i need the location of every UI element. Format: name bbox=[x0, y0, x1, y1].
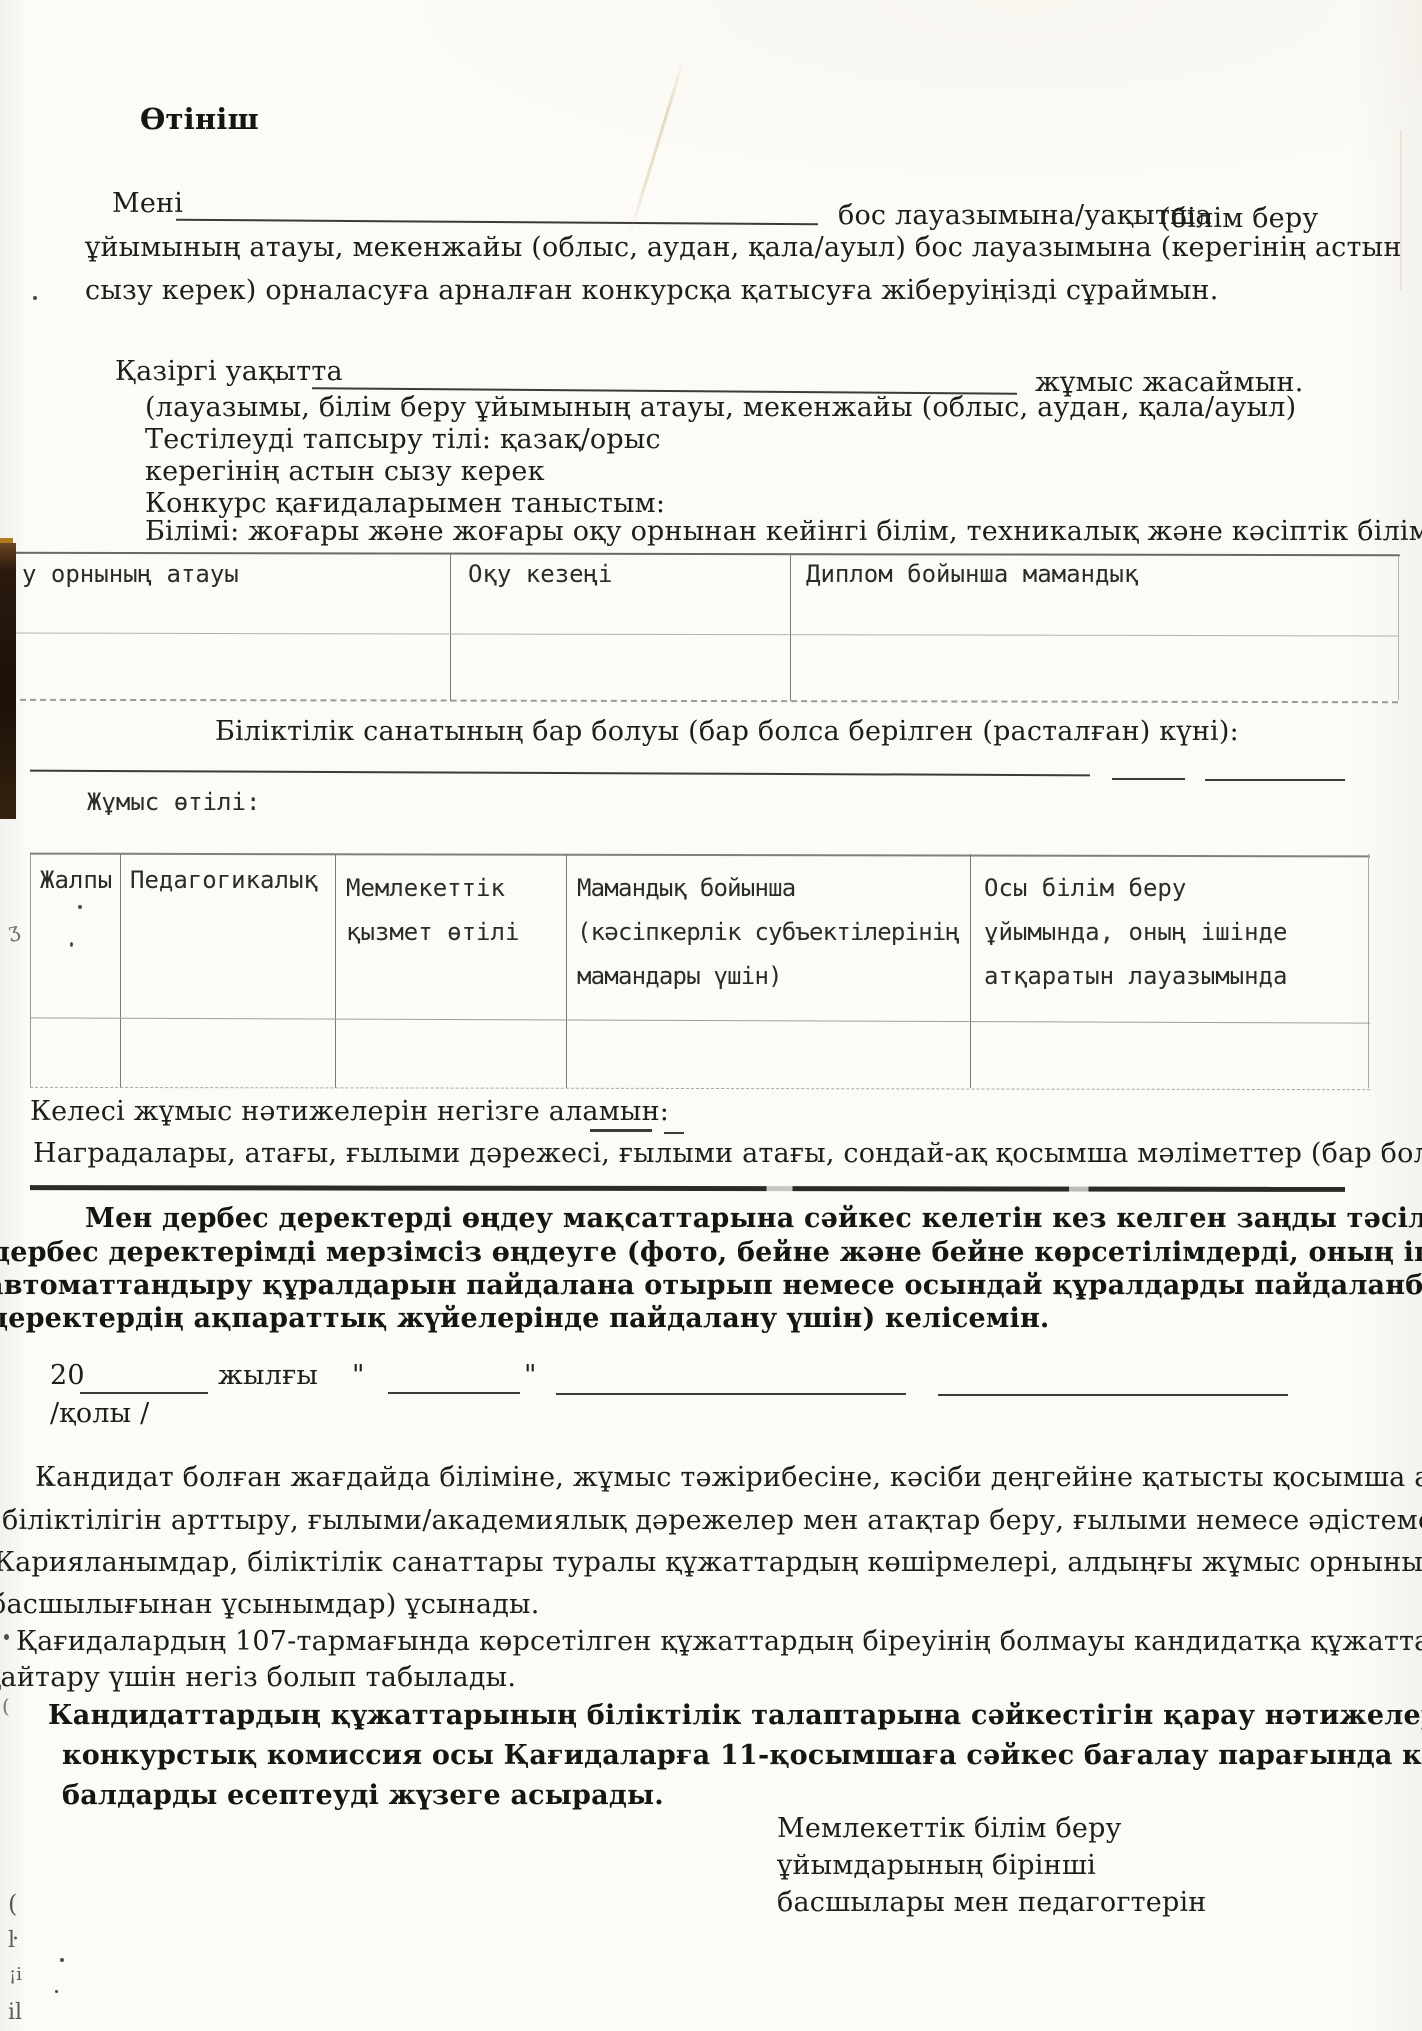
candidate-line-2: біліктілігін арттыру, ғылыми/академиялық… bbox=[2, 1505, 1422, 1536]
experience-header-this-organization: Осы білім беру ұйымында, оның ішінде атқ… bbox=[984, 866, 1287, 998]
current-work-note-underline: керегінің астын сызу керек bbox=[145, 456, 545, 487]
scan-edge-mark: ŀ bbox=[8, 1928, 15, 1953]
date-year-blank bbox=[80, 1392, 208, 1394]
education-table-header-diploma-specialty: Диплом бойынша мамандық bbox=[806, 560, 1138, 588]
addressee-line-1: Мемлекеттік білім беру bbox=[777, 1813, 1122, 1844]
scan-speck bbox=[60, 1958, 64, 1962]
experience-header-by-specialty: Мамандық бойынша (кәсіпкерлік субъектіле… bbox=[577, 866, 959, 998]
experience-header-civil-service: Мемлекеттік қызмет өтілі bbox=[346, 866, 519, 954]
page-title: Өтініш bbox=[140, 103, 259, 136]
consent-line-1: Мен дербес деректерді өңдеу мақсаттарына… bbox=[85, 1203, 1422, 1234]
candidate-line-1: Кандидат болған жағдайда біліміне, жұмыс… bbox=[35, 1462, 1422, 1493]
request-line3: сызу керек) орналасуға арналған конкурсқ… bbox=[85, 275, 1219, 306]
request-line2: ұйымының атауы, мекенжайы (облыс, аудан,… bbox=[85, 232, 1402, 263]
education-table-right-border bbox=[1398, 556, 1399, 700]
current-work-note-position: (лауазымы, білім беру ұйымының атауы, ме… bbox=[145, 392, 1296, 423]
scan-speck bbox=[78, 905, 82, 909]
education-table-top-border bbox=[0, 552, 1400, 556]
candidate-line-5: Қағидалардың 107-тармағында көрсетілген … bbox=[16, 1626, 1422, 1657]
candidate-line-4: басшылығынан ұсынымдар) ұсынады. bbox=[0, 1589, 540, 1620]
consent-line-3: автоматтандыру құралдарын пайдалана отыр… bbox=[0, 1270, 1422, 1301]
results-blank-dash bbox=[664, 1132, 684, 1134]
current-work-note-test-language: Тестілеуді тапсыру тілі: қазақ/орыс bbox=[145, 424, 661, 455]
education-table-row-divider bbox=[0, 633, 1398, 637]
education-table-header-institution: у орнының атауы bbox=[22, 560, 239, 588]
scan-edge-artifact-strip bbox=[0, 543, 16, 819]
education-table-header-period: Оқу кезеңі bbox=[468, 560, 613, 588]
addressee-line-2: ұйымдарының бірінші bbox=[777, 1850, 1096, 1881]
candidate-line-3: Карияланымдар, біліктілік санаттары тура… bbox=[0, 1547, 1422, 1578]
scan-crease bbox=[628, 59, 685, 237]
scan-edge-mark: ( bbox=[2, 1694, 10, 1718]
scanned-application-form: Өтініш Мені бос лауазымына/уақытша (білі… bbox=[0, 0, 1422, 2031]
education-level-line: Білімі: жоғары және жоғары оқу орнынан к… bbox=[145, 516, 1422, 547]
date-quote-close: " bbox=[524, 1360, 537, 1391]
addressee-line-3: басшылары мен педагогтерін bbox=[777, 1887, 1207, 1918]
consent-line-2: дербес деректерімді мерзімсіз өңдеуге (ф… bbox=[0, 1237, 1422, 1268]
qualification-blank-line bbox=[30, 770, 1090, 777]
date-month-blank bbox=[556, 1393, 906, 1395]
organization-blank-line bbox=[176, 219, 818, 225]
experience-table-top-border bbox=[30, 853, 1370, 858]
awards-line: Наградалары, атағы, ғылыми дәрежесі, ғыл… bbox=[33, 1138, 1422, 1169]
results-line: Келесі жұмыс нәтижелерін негізге аламын: bbox=[30, 1096, 669, 1127]
signature-blank bbox=[938, 1394, 1288, 1396]
experience-table-bottom-border bbox=[30, 1087, 1370, 1090]
qualification-heading: Біліктілік санатының бар болуы (бар болс… bbox=[215, 716, 1239, 747]
date-day-blank bbox=[388, 1392, 520, 1394]
experience-table-divider-4 bbox=[970, 854, 971, 1088]
commission-line-1: Кандидаттардың құжаттарының біліктілік т… bbox=[48, 1700, 1422, 1731]
results-blank-line bbox=[590, 1129, 652, 1132]
scan-speck bbox=[4, 1634, 9, 1640]
section-separator-rule bbox=[30, 1185, 1345, 1192]
scan-speck bbox=[70, 942, 73, 947]
experience-table-divider-3 bbox=[566, 854, 567, 1088]
scan-edge-mark: ¡i bbox=[9, 1964, 22, 1985]
scan-edge-mark: il bbox=[8, 2000, 22, 2025]
scan-speck bbox=[33, 296, 37, 300]
commission-line-2: конкурстық комиссия осы Қағидаларға 11-қ… bbox=[62, 1740, 1422, 1771]
signature-label: /қолы / bbox=[50, 1398, 149, 1429]
qualification-blank-line-dash2 bbox=[1205, 779, 1345, 781]
scan-speck bbox=[55, 1990, 58, 1993]
date-quote-open: " bbox=[352, 1360, 365, 1391]
date-year-prefix: 20 bbox=[50, 1360, 85, 1391]
commission-line-3: балдарды есептеуді жүзеге асырады. bbox=[62, 1780, 664, 1811]
request-paren-note: (білім беру bbox=[1160, 203, 1318, 234]
experience-table-right-border bbox=[1368, 854, 1369, 1088]
scan-edge-mark: ( bbox=[8, 1890, 17, 1918]
scan-crease-right bbox=[1400, 130, 1402, 290]
request-lead: Мені bbox=[112, 188, 183, 219]
work-experience-label: Жұмыс өтілі: bbox=[87, 788, 260, 816]
experience-table-divider-1 bbox=[120, 854, 121, 1088]
experience-table-left-border bbox=[30, 854, 31, 1088]
current-work-lead: Қазіргі уақытта bbox=[115, 356, 343, 387]
education-table-divider-2 bbox=[790, 553, 791, 701]
experience-header-total: Жалпы bbox=[40, 866, 112, 894]
request-after-blank: бос лауазымына/уақытша bbox=[838, 200, 1212, 231]
current-work-note-rules: Конкурс қағидаларымен таныстым: bbox=[145, 488, 665, 519]
experience-table-row-divider bbox=[30, 1017, 1370, 1023]
education-table-bottom-border bbox=[0, 699, 1398, 703]
consent-line-4: деректердің ақпараттық жүйелерінде пайда… bbox=[0, 1303, 1050, 1334]
education-table-divider-1 bbox=[450, 553, 451, 701]
scan-edge-mark: ʒ bbox=[6, 917, 22, 943]
date-year-word: жылғы bbox=[218, 1360, 318, 1391]
qualification-blank-line-dash1 bbox=[1112, 778, 1185, 780]
experience-table-divider-2 bbox=[335, 854, 336, 1088]
candidate-line-6: қайтару үшін негіз болып табылады. bbox=[0, 1662, 516, 1693]
experience-header-pedagogical: Педагогикалық bbox=[130, 866, 318, 894]
